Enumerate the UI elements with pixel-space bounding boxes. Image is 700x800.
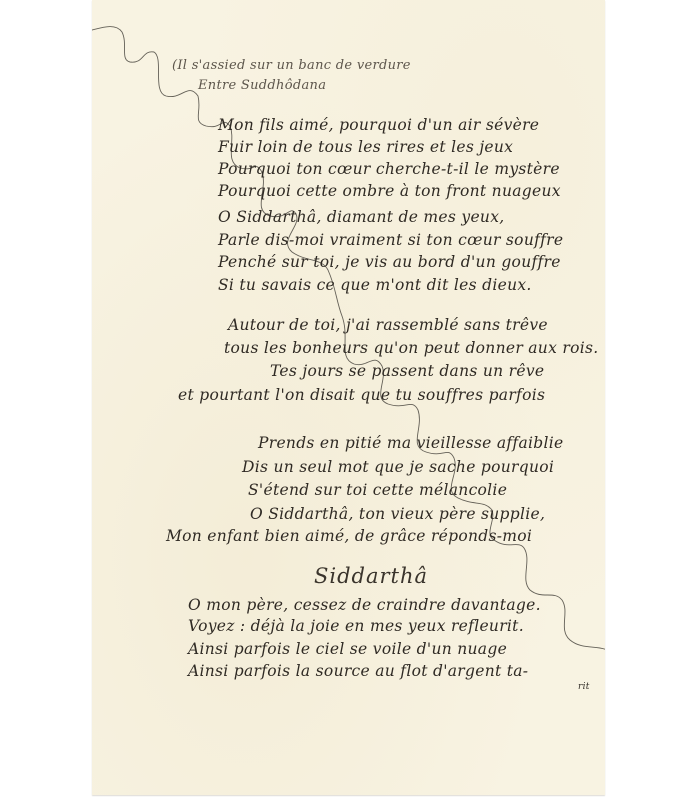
verse-line: Parle dis-moi vraiment si ton cœur souff…: [218, 231, 563, 249]
verse-line: Tes jours se passent dans un rêve: [270, 362, 544, 380]
verse-line: Fuir loin de tous les rires et les jeux: [218, 138, 513, 156]
verse-line: Mon enfant bien aimé, de grâce réponds-m…: [166, 527, 532, 545]
verse-line: S'étend sur toi cette mélancolie: [248, 481, 507, 499]
verse-line: O Siddarthâ, ton vieux père supplie,: [250, 505, 545, 523]
verse-line: Prends en pitié ma vieillesse affaiblie: [258, 434, 563, 452]
verse-line: Autour de toi, j'ai rassemblé sans trêve: [228, 316, 548, 334]
manuscript-page: (Il s'assied sur un banc de verdure Entr…: [92, 0, 605, 795]
verse-line: Dis un seul mot que je sache pourquoi: [242, 458, 554, 476]
verse-line: Mon fils aimé, pourquoi d'un air sévère: [218, 116, 539, 134]
verse-line: Pourquoi ton cœur cherche-t-il le mystèr…: [218, 160, 560, 178]
speaker-heading-siddartha: Siddarthâ: [314, 564, 428, 588]
verse-line: Ainsi parfois la source au flot d'argent…: [188, 662, 528, 680]
verse-line: Si tu savais ce que m'ont dit les dieux.: [218, 276, 532, 294]
verse-line: O mon père, cessez de craindre davantage…: [188, 596, 541, 614]
verse-line-continuation: rit: [578, 682, 590, 692]
verse-line: et pourtant l'on disait que tu souffres …: [178, 386, 545, 404]
verse-line: tous les bonheurs qu'on peut donner aux …: [224, 339, 598, 357]
stage-direction-line-1: (Il s'assied sur un banc de verdure: [172, 58, 411, 73]
verse-line: O Siddarthâ, diamant de mes yeux,: [218, 208, 504, 226]
verse-line: Ainsi parfois le ciel se voile d'un nuag…: [188, 640, 507, 658]
stage-direction-line-2: Entre Suddhôdana: [198, 78, 326, 93]
verse-line: Voyez : déjà la joie en mes yeux refleur…: [188, 617, 524, 635]
verse-line: Pourquoi cette ombre à ton front nuageux: [218, 182, 561, 200]
verse-line: Penché sur toi, je vis au bord d'un gouf…: [218, 253, 561, 271]
